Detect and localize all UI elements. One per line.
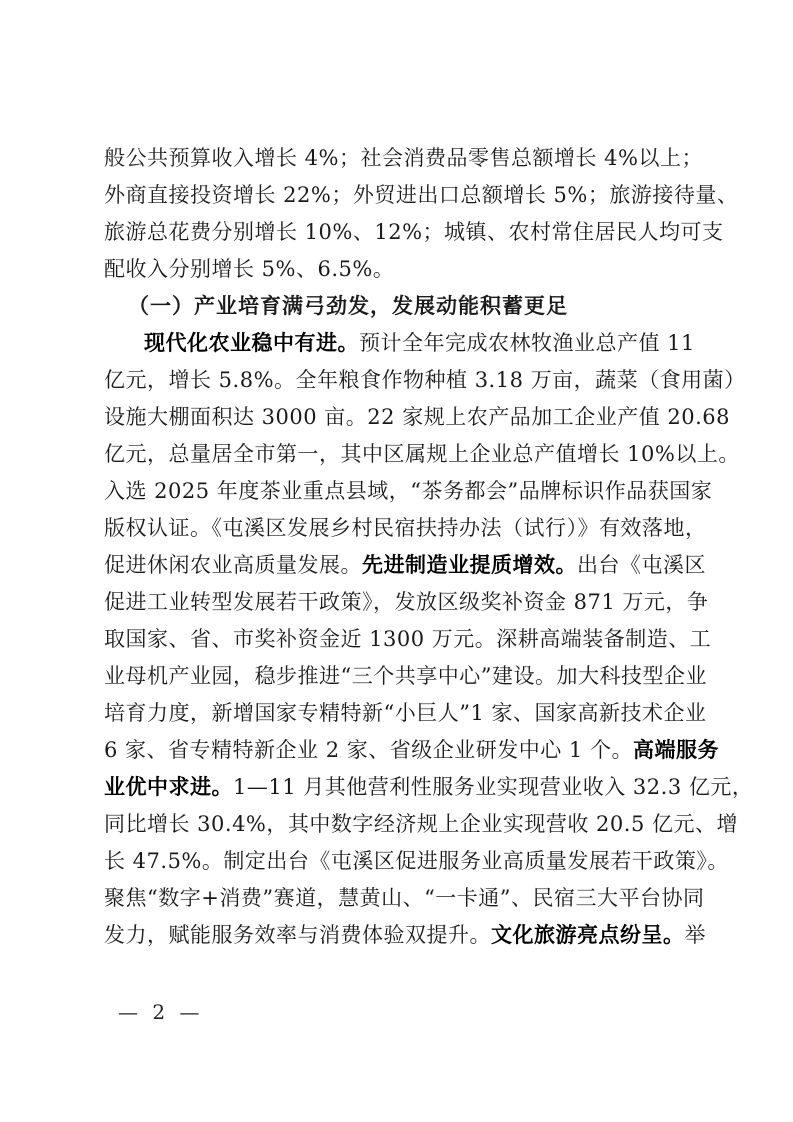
bold-lead-agriculture: 现代化农业稳中有进。 <box>144 331 359 355</box>
bold-lead-services: 高端服务 <box>633 738 719 762</box>
bold-lead-manufacturing: 先进制造业提质增效。 <box>362 553 577 577</box>
text-run: 6 家、省专精特新企业 2 家、省级企业研发中心 1 个。 <box>104 738 633 762</box>
text-line: 亿元，增长 5.8%。全年粮食作物种植 3.18 万亩，蔬菜（食用菌） <box>104 362 694 399</box>
text-line: 亿元，总量居全市第一，其中区属规上企业总产值增长 10%以上。 <box>104 436 694 473</box>
text-line: 版权认证。《屯溪区发展乡村民宿扶持办法（试行）》有效落地， <box>104 510 694 547</box>
text-line: 6 家、省专精特新企业 2 家、省级企业研发中心 1 个。高端服务 <box>104 732 694 769</box>
text-line: 长 47.5%。制定出台《屯溪区促进服务业高质量发展若干政策》。 <box>104 843 694 880</box>
document-page: 般公共预算收入增长 4%；社会消费品零售总额增长 4%以上； 外商直接投资增长 … <box>0 0 793 1122</box>
text-line: 业优中求进。1—11 月其他营利性服务业实现营业收入 32.3 亿元， <box>104 769 694 806</box>
text-line: 业母机产业园，稳步推进“三个共享中心”建设。加大科技型企业 <box>104 658 694 695</box>
text-line: 入选 2025 年度茶业重点县域，“茶务都会”品牌标识作品获国家 <box>104 473 694 510</box>
text-line: 现代化农业稳中有进。预计全年完成农林牧渔业总产值 11 <box>104 325 694 362</box>
text-line: 促进休闲农业高质量发展。先进制造业提质增效。出台《屯溪区 <box>104 547 694 584</box>
page-number: — 2 — <box>118 1000 203 1024</box>
text-line: 设施大棚面积达 3000 亩。22 家规上农产品加工企业产值 20.68 <box>104 399 694 436</box>
text-line: 聚焦“数字+消费”赛道，慧黄山、“一卡通”、民宿三大平台协同 <box>104 880 694 917</box>
text-run: 预计全年完成农林牧渔业总产值 11 <box>359 331 695 355</box>
text-run: 举 <box>685 923 707 947</box>
text-line: 促进工业转型发展若干政策》，发放区级奖补资金 871 万元，争 <box>104 584 694 621</box>
text-run: 促进休闲农业高质量发展。 <box>104 553 362 577</box>
text-line: 发力，赋能服务效率与消费体验双提升。文化旅游亮点纷呈。举 <box>104 917 694 954</box>
text-line: 培育力度，新增国家专精特新“小巨人”1 家、国家高新技术企业 <box>104 695 694 732</box>
document-body: 般公共预算收入增长 4%；社会消费品零售总额增长 4%以上； 外商直接投资增长 … <box>104 140 694 954</box>
text-run: 发力，赋能服务效率与消费体验双提升。 <box>104 923 491 947</box>
bold-lead-services-cont: 业优中求进。 <box>104 775 233 799</box>
text-line: 旅游总花费分别增长 10%、12%；城镇、农村常住居民人均可支 <box>104 214 694 251</box>
text-run: 1—11 月其他营利性服务业实现营业收入 32.3 亿元， <box>233 775 753 799</box>
text-line: 外商直接投资增长 22%；外贸进出口总额增长 5%；旅游接待量、 <box>104 177 694 214</box>
text-run: 出台《屯溪区 <box>577 553 706 577</box>
section-heading: （一）产业培育满弓劲发，发展动能积蓄更足 <box>104 288 694 325</box>
bold-lead-tourism: 文化旅游亮点纷呈。 <box>491 923 685 947</box>
text-line: 配收入分别增长 5%、6.5%。 <box>104 251 694 288</box>
text-line: 同比增长 30.4%，其中数字经济规上企业实现营收 20.5 亿元、增 <box>104 806 694 843</box>
text-line: 般公共预算收入增长 4%；社会消费品零售总额增长 4%以上； <box>104 140 694 177</box>
text-line: 取国家、省、市奖补资金近 1300 万元。深耕高端装备制造、工 <box>104 621 694 658</box>
